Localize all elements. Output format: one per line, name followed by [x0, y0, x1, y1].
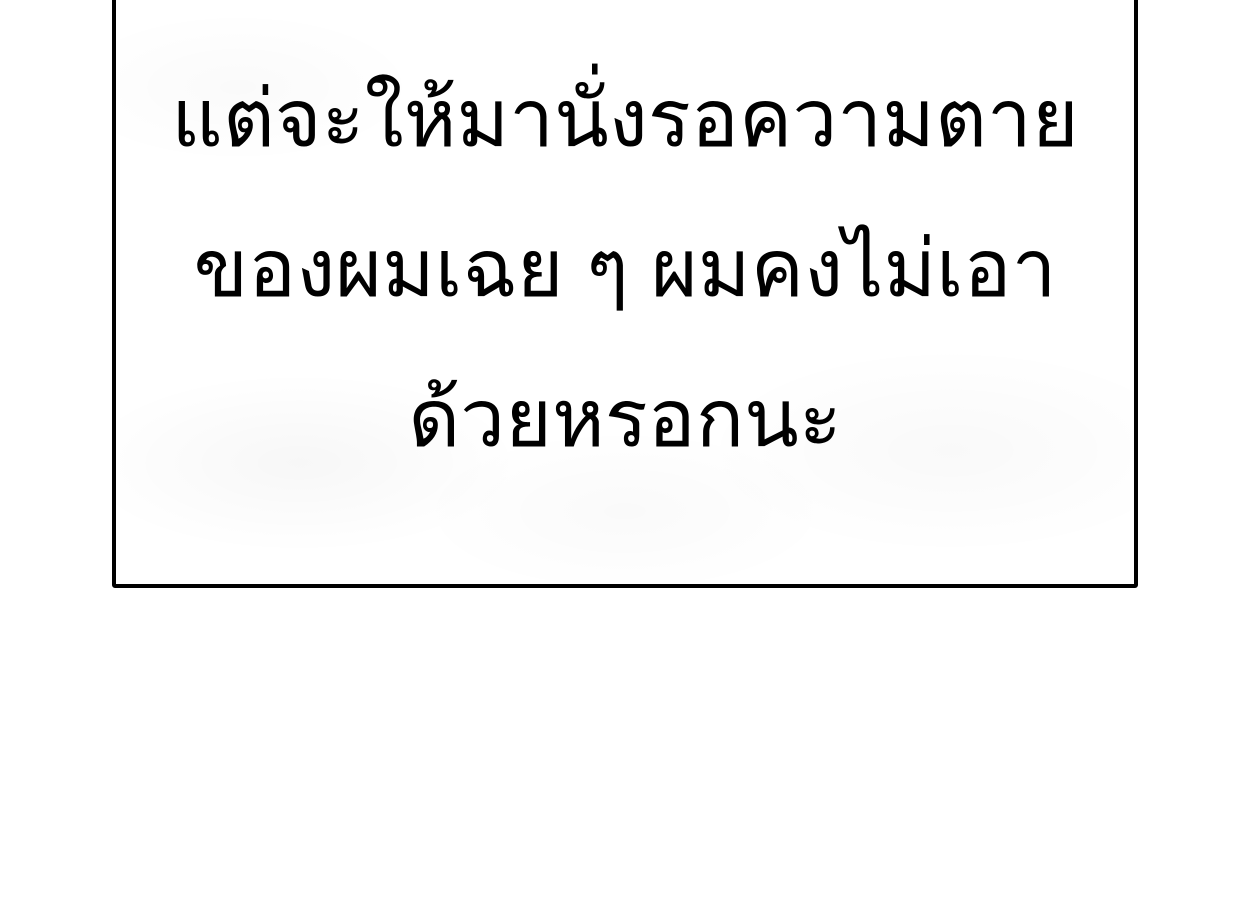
caption-line-2: ของผมเฉย ๆ ผมคงไม่เอา: [116, 194, 1134, 344]
caption-line-3: ด้วยหรอกนะ: [116, 344, 1134, 494]
caption-box: แต่จะให้มานั่งรอความตาย ของผมเฉย ๆ ผมคงไ…: [112, 0, 1138, 588]
caption-line-1: แต่จะให้มานั่งรอความตาย: [116, 44, 1134, 194]
caption-text: แต่จะให้มานั่งรอความตาย ของผมเฉย ๆ ผมคงไ…: [116, 44, 1134, 494]
comic-page: แต่จะให้มานั่งรอความตาย ของผมเฉย ๆ ผมคงไ…: [0, 0, 1250, 900]
